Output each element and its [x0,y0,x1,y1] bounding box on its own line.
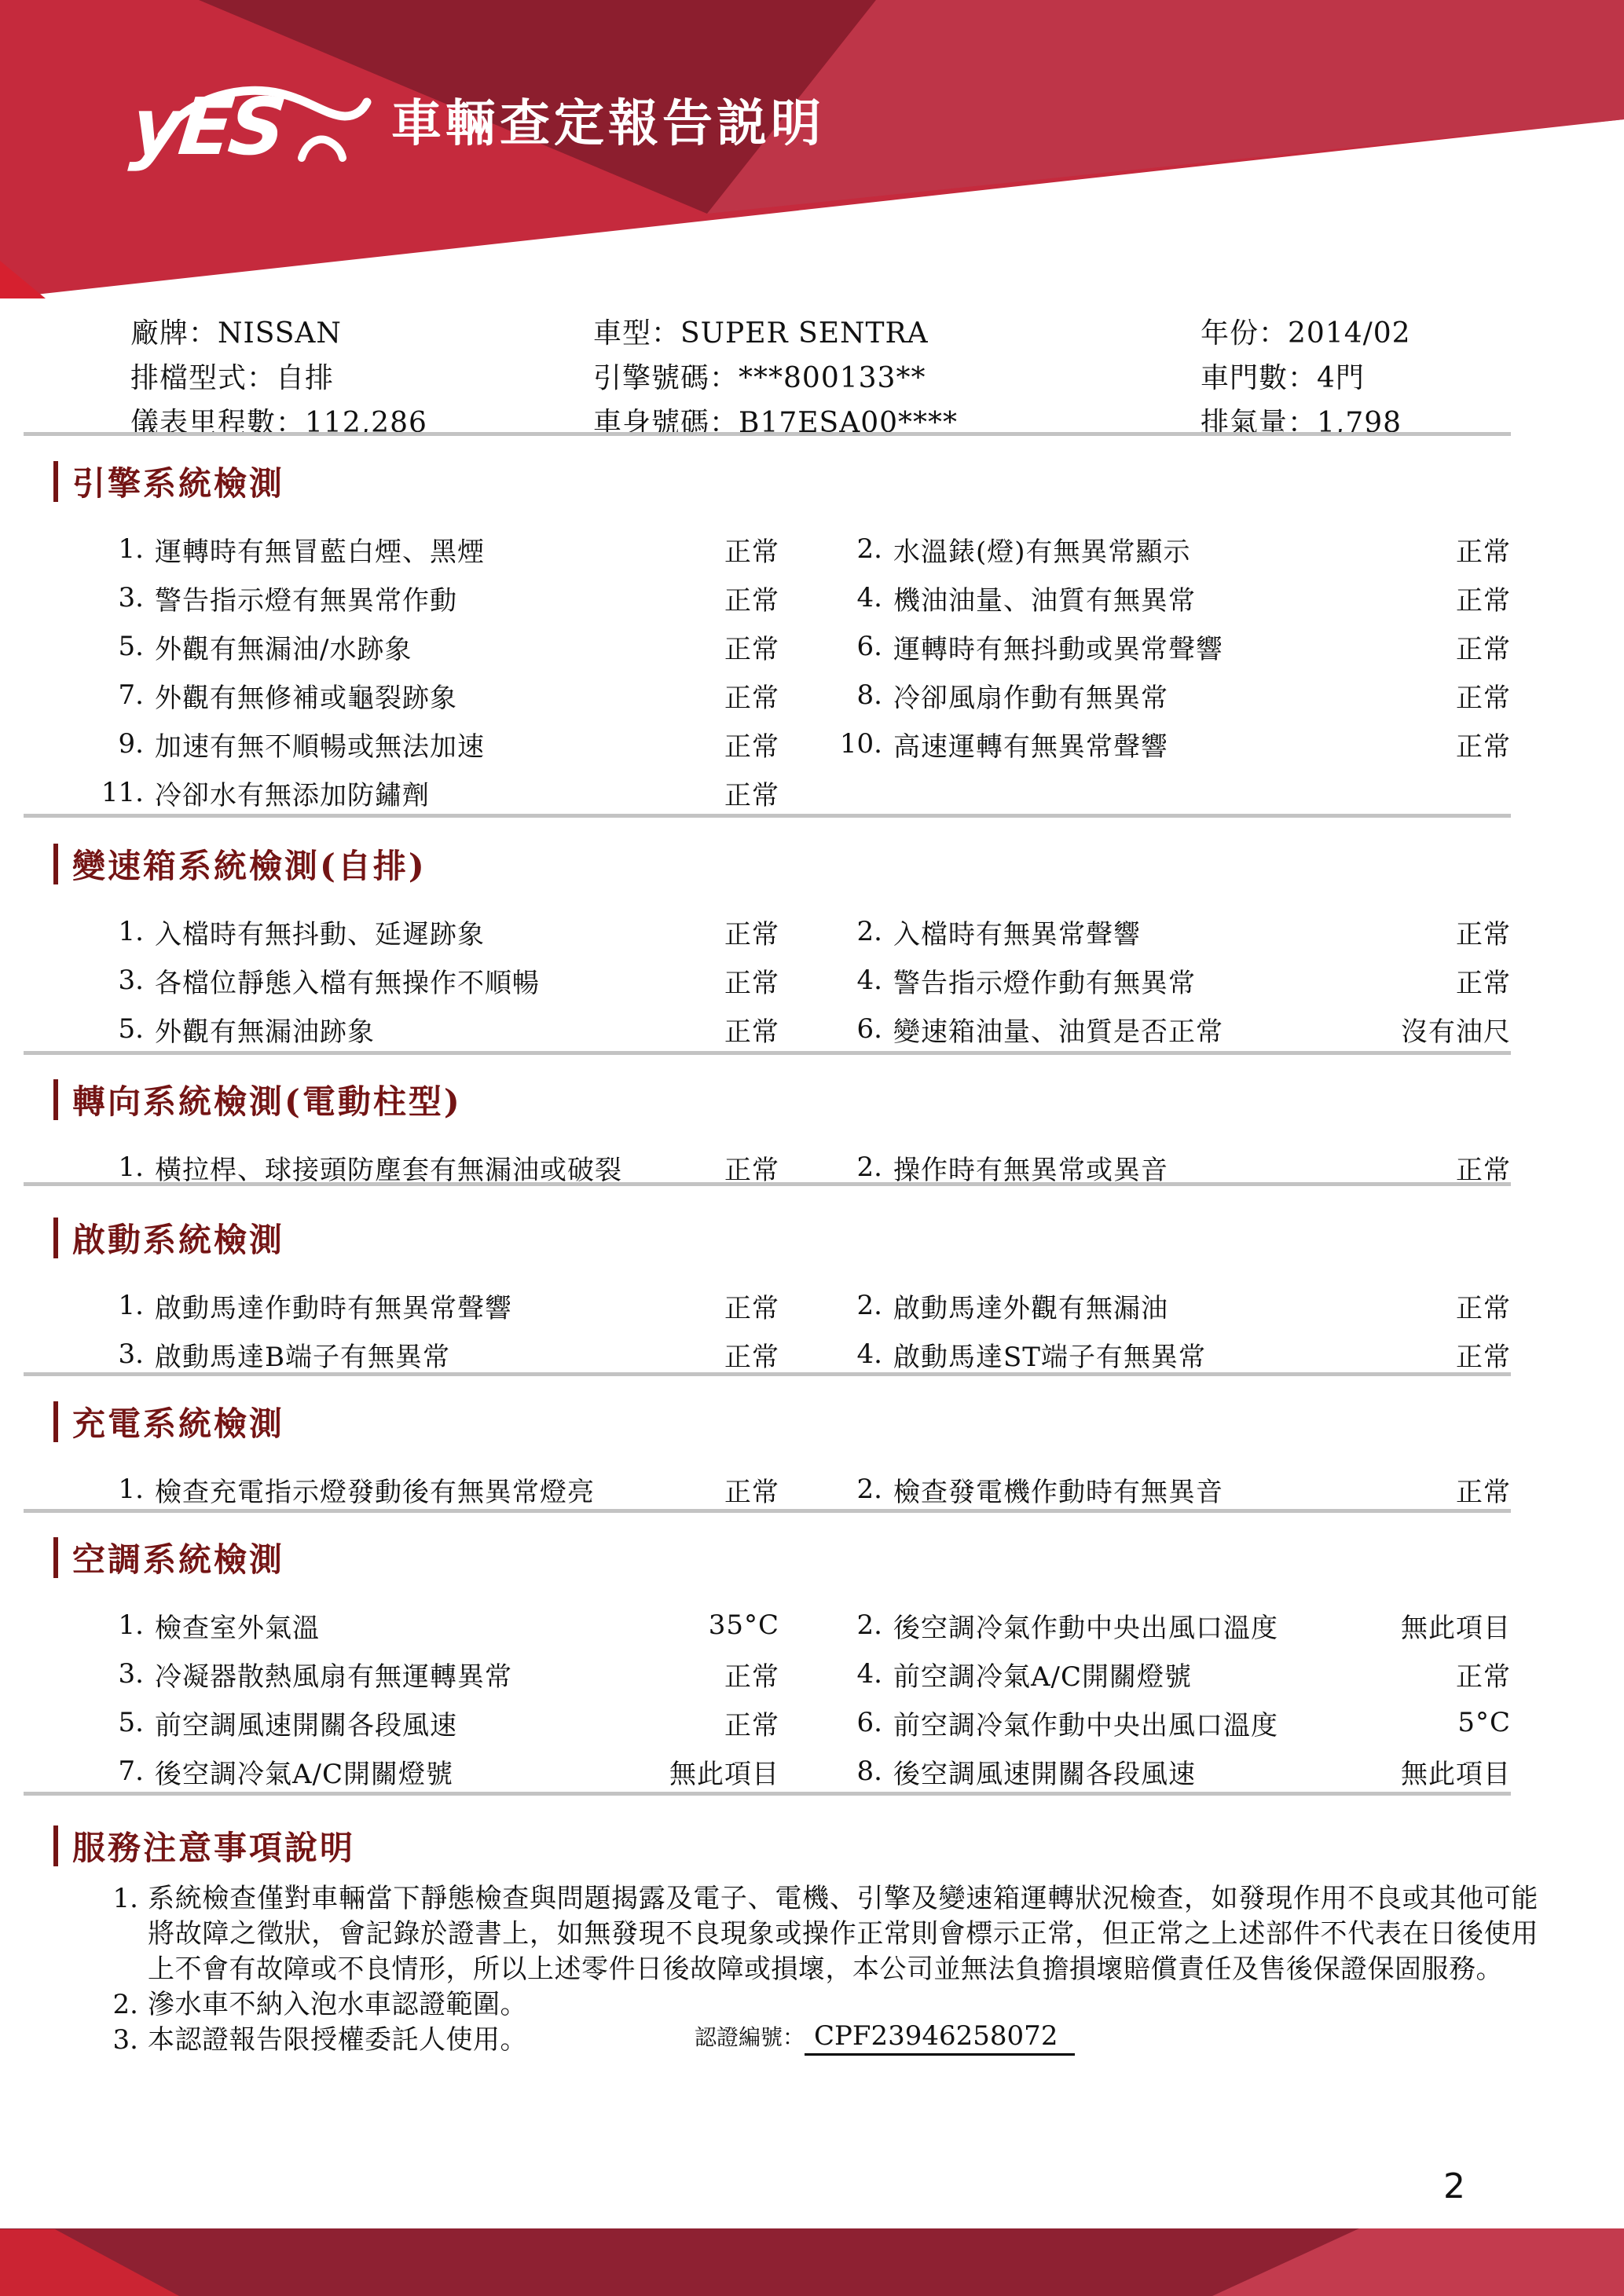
note-number: 3. [0,2023,138,2058]
item-label: 警告指示燈作動有無異常 [882,961,1365,1000]
item-status: 正常 [1365,1470,1511,1509]
item-status: 正常 [1365,1335,1511,1374]
item-number: 2. [779,533,882,565]
item-number: 1. [0,1290,144,1321]
inspection-row: 3.冷凝器散熱風扇有無運轉異常正常 4.前空調冷氣A/C開關燈號正常 [0,1650,1511,1698]
section-header: 服務注意事項說明 [53,1824,1624,1868]
item-status: 正常 [669,1470,779,1509]
item-status: 正常 [669,725,779,764]
info-field-gearbox: 排檔型式：自排 [130,356,593,396]
item-number: 2. [779,1290,882,1321]
inspection-row: 5.前空調風速開關各段風速正常 6.前空調冷氣作動中央出風口溫度5°C [0,1698,1511,1747]
item-number: 8. [779,1756,882,1787]
page-title: 車輛查定報告説明 [391,99,825,149]
item-number: 3. [0,582,144,613]
inspection-row: 3.警告指示燈有無異常作動正常 4.機油油量、油質有無異常正常 [0,573,1511,622]
item-status: 正常 [1365,1655,1511,1694]
section-title: 服務注意事項說明 [72,1822,355,1869]
section-accent-bar [53,1537,58,1578]
item-status: 正常 [669,774,779,812]
item-number: 1. [0,1152,144,1183]
item-label: 啟動馬達作動時有無異常聲響 [144,1287,669,1325]
item-number: 1. [0,916,144,947]
item-number: 7. [0,679,144,711]
separator [24,1792,1511,1796]
item-label: 啟動馬達外觀有無漏油 [882,1287,1365,1325]
item-label: 前空調冷氣A/C開關燈號 [882,1655,1365,1694]
report-page: yES 車輛查定報告説明 廠牌：NISSAN 車型：SUPER SENTRA 年… [0,0,1624,2296]
item-status: 正常 [669,1287,779,1325]
item-number: 1. [0,1609,144,1641]
item-label: 啟動馬達B端子有無異常 [144,1335,669,1374]
item-status: 無此項目 [1365,1752,1511,1791]
item-number: 6. [779,631,882,662]
inspection-items: 1.入檔時有無抖動、延遲跡象正常 2.入檔時有無異常聲響正常 3.各檔位靜態入檔… [0,907,1624,1053]
item-label: 後空調冷氣A/C開關燈號 [144,1752,669,1791]
item-status: 正常 [669,1655,779,1694]
item-number: 8. [779,679,882,711]
item-label: 外觀有無漏油/水跡象 [144,628,669,666]
item-label: 運轉時有無冒藍白煙、黑煙 [144,530,669,569]
section-title: 充電系統檢測 [72,1398,284,1445]
item-label: 警告指示燈有無異常作動 [144,579,669,617]
item-label: 前空調冷氣作動中央出風口溫度 [882,1704,1365,1742]
note-text: 系統檢查僅對車輛當下靜態檢查與問題揭露及電子、電機、引擎及變速箱運轉狀況檢查，如… [138,1881,1538,1987]
item-status: 5°C [1365,1707,1511,1738]
section-aircon: 空調系統檢測 1.檢查室外氣溫35°C 2.後空調冷氣作動中央出風口溫度無此項目… [0,1536,1624,1796]
inspection-row: 7.後空調冷氣A/C開關燈號無此項目 8.後空調風速開關各段風速無此項目 [0,1747,1511,1796]
inspection-row: 5.外觀有無漏油/水跡象正常 6.運轉時有無抖動或異常聲響正常 [0,622,1511,671]
item-number: 5. [0,1013,144,1045]
item-number: 4. [779,1338,882,1370]
inspection-row: 1.入檔時有無抖動、延遲跡象正常 2.入檔時有無異常聲響正常 [0,907,1511,956]
item-label: 後空調冷氣作動中央出風口溫度 [882,1606,1365,1645]
item-status: 正常 [1365,1287,1511,1325]
item-number: 4. [779,965,882,996]
item-label: 外觀有無修補或龜裂跡象 [144,676,669,715]
section-transmission: 變速箱系統檢測(自排) 1.入檔時有無抖動、延遲跡象正常 2.入檔時有無異常聲響… [0,842,1624,1053]
item-label: 後空調風速開關各段風速 [882,1752,1365,1791]
footer-banner [0,2228,1624,2296]
section-title: 空調系統檢測 [72,1534,284,1581]
item-label: 入檔時有無抖動、延遲跡象 [144,913,669,951]
item-status: 正常 [669,579,779,617]
item-status: 正常 [1365,1148,1511,1187]
item-status: 正常 [669,1335,779,1374]
item-number: 2. [779,1474,882,1505]
inspection-row: 1.運轉時有無冒藍白煙、黑煙正常 2.水溫錶(燈)有無異常顯示正常 [0,525,1511,573]
item-status: 正常 [669,1010,779,1049]
inspection-row: 9.加速有無不順暢或無法加速正常 10.高速運轉有無異常聲響正常 [0,720,1511,768]
info-field-model: 車型：SUPER SENTRA [593,311,1201,351]
item-label: 前空調風速開關各段風速 [144,1704,669,1742]
separator [24,1182,1511,1186]
section-steering: 轉向系統檢測(電動柱型) 1.橫拉桿、球接頭防塵套有無漏油或破裂正常 2.操作時… [0,1078,1624,1192]
item-status: 無此項目 [669,1752,779,1791]
item-number: 1. [0,533,144,565]
item-label: 橫拉桿、球接頭防塵套有無漏油或破裂 [144,1148,669,1187]
item-status: 正常 [669,1704,779,1742]
item-label: 變速箱油量、油質是否正常 [882,1010,1365,1049]
item-label: 高速運轉有無異常聲響 [882,725,1365,764]
item-label: 各檔位靜態入檔有無操作不順暢 [144,961,669,1000]
item-label: 冷卻水有無添加防鏽劑 [144,774,669,812]
item-number: 5. [0,1707,144,1738]
info-field-doors: 車門數：4門 [1201,356,1513,396]
item-number: 3. [0,1658,144,1690]
inspection-row: 1.啟動馬達作動時有無異常聲響正常 2.啟動馬達外觀有無漏油正常 [0,1281,1511,1330]
item-number: 4. [779,582,882,613]
inspection-items: 1.啟動馬達作動時有無異常聲響正常 2.啟動馬達外觀有無漏油正常 3.啟動馬達B… [0,1281,1624,1379]
item-status: 無此項目 [1365,1606,1511,1645]
section-charging: 充電系統檢測 1.檢查充電指示燈發動後有無異常燈亮正常 2.檢查發電機作動時有無… [0,1400,1624,1514]
item-label: 檢查室外氣溫 [144,1606,669,1645]
item-number: 9. [0,728,144,760]
section-accent-bar [53,1401,58,1442]
section-header: 變速箱系統檢測(自排) [53,842,1624,886]
item-status: 正常 [669,913,779,951]
item-number: 11. [0,777,144,808]
separator [24,814,1511,818]
section-header: 啟動系統檢測 [53,1216,1624,1260]
item-status: 正常 [1365,961,1511,1000]
section-header: 引擎系統檢測 [53,460,1624,504]
page-number: 2 [1435,2166,1474,2206]
inspection-items: 1.運轉時有無冒藍白煙、黑煙正常 2.水溫錶(燈)有無異常顯示正常 3.警告指示… [0,525,1624,817]
item-status: 正常 [669,530,779,569]
section-accent-bar [53,1825,58,1866]
item-label: 水溫錶(燈)有無異常顯示 [882,530,1365,569]
note-item: 1. 系統檢查僅對車輛當下靜態檢查與問題揭露及電子、電機、引擎及變速箱運轉狀況檢… [0,1881,1624,1987]
item-label: 檢查發電機作動時有無異音 [882,1470,1365,1509]
item-label: 啟動馬達ST端子有無異常 [882,1335,1365,1374]
section-accent-bar [53,461,58,502]
item-number: 10. [779,728,882,760]
item-number: 3. [0,965,144,996]
item-label: 入檔時有無異常聲響 [882,913,1365,951]
section-title: 引擎系統檢測 [72,458,284,505]
yes-logo: yES [128,88,286,167]
separator [24,1051,1511,1055]
item-number: 4. [779,1658,882,1690]
cert-value: CPF23946258072 [805,2020,1075,2056]
section-engine: 引擎系統檢測 1.運轉時有無冒藍白煙、黑煙正常 2.水溫錶(燈)有無異常顯示正常… [0,460,1624,817]
item-status: 正常 [669,628,779,666]
info-field-year: 年份：2014/02 [1201,311,1513,351]
item-status: 正常 [669,1148,779,1187]
item-status: 正常 [1365,628,1511,666]
info-field-engine-no: 引擎號碼：***800133** [593,356,1201,396]
item-status: 正常 [1365,913,1511,951]
separator [24,1372,1511,1376]
section-accent-bar [53,844,58,884]
item-number: 6. [779,1707,882,1738]
inspection-row: 3.啟動馬達B端子有無異常正常 4.啟動馬達ST端子有無異常正常 [0,1330,1511,1379]
inspection-row: 11.冷卻水有無添加防鏽劑正常 [0,768,1511,817]
section-header: 充電系統檢測 [53,1400,1624,1444]
note-number: 2. [0,1987,138,2023]
item-label: 冷卻風扇作動有無異常 [882,676,1365,715]
separator [24,1509,1511,1513]
item-label: 檢查充電指示燈發動後有無異常燈亮 [144,1470,669,1509]
cert-number: 認證編號：CPF23946258072 [695,2020,1075,2052]
section-title: 轉向系統檢測(電動柱型) [72,1076,462,1123]
item-number: 2. [779,1152,882,1183]
note-item: 2. 滲水車不納入泡水車認證範圍。 [0,1987,1624,2023]
item-number: 3. [0,1338,144,1370]
item-label: 機油油量、油質有無異常 [882,579,1365,617]
section-starting: 啟動系統檢測 1.啟動馬達作動時有無異常聲響正常 2.啟動馬達外觀有無漏油正常 … [0,1216,1624,1379]
section-accent-bar [53,1079,58,1120]
vehicle-info: 廠牌：NISSAN 車型：SUPER SENTRA 年份：2014/02 排檔型… [130,309,1513,443]
section-header: 空調系統檢測 [53,1536,1624,1580]
item-label: 運轉時有無抖動或異常聲響 [882,628,1365,666]
item-status: 正常 [1365,676,1511,715]
info-field-brand: 廠牌：NISSAN [130,311,593,351]
section-accent-bar [53,1218,58,1258]
item-status: 正常 [669,961,779,1000]
item-number: 2. [779,1609,882,1641]
cert-label: 認證編號： [695,2024,805,2050]
item-label: 外觀有無漏油跡象 [144,1010,669,1049]
item-number: 2. [779,916,882,947]
item-status: 正常 [1365,725,1511,764]
item-number: 1. [0,1474,144,1505]
item-number: 5. [0,631,144,662]
item-status: 正常 [1365,579,1511,617]
item-label: 加速有無不順暢或無法加速 [144,725,669,764]
item-status: 35°C [669,1609,779,1641]
inspection-row: 3.各檔位靜態入檔有無操作不順暢正常 4.警告指示燈作動有無異常正常 [0,956,1511,1005]
inspection-items: 1.檢查充電指示燈發動後有無異常燈亮正常 2.檢查發電機作動時有無異音正常 [0,1465,1624,1514]
note-number: 1. [0,1881,138,1917]
inspection-items: 1.檢查室外氣溫35°C 2.後空調冷氣作動中央出風口溫度無此項目 3.冷凝器散… [0,1601,1624,1796]
section-title: 啟動系統檢測 [72,1214,284,1262]
inspection-row: 1.檢查室外氣溫35°C 2.後空調冷氣作動中央出風口溫度無此項目 [0,1601,1511,1650]
item-label: 操作時有無異常或異音 [882,1148,1365,1187]
item-status: 正常 [669,676,779,715]
separator [24,432,1511,436]
item-number: 6. [779,1013,882,1045]
inspection-row: 5.外觀有無漏油跡象正常 6.變速箱油量、油質是否正常沒有油尺 [0,1005,1511,1053]
note-text: 滲水車不納入泡水車認證範圍。 [138,1987,1538,2023]
section-title: 變速箱系統檢測(自排) [72,840,427,888]
item-label: 冷凝器散熱風扇有無運轉異常 [144,1655,669,1694]
item-number: 7. [0,1756,144,1787]
section-header: 轉向系統檢測(電動柱型) [53,1078,1624,1122]
item-status: 正常 [1365,530,1511,569]
item-status: 沒有油尺 [1365,1010,1511,1049]
inspection-row: 1.檢查充電指示燈發動後有無異常燈亮正常 2.檢查發電機作動時有無異音正常 [0,1465,1511,1514]
inspection-row: 7.外觀有無修補或龜裂跡象正常 8.冷卻風扇作動有無異常正常 [0,671,1511,720]
